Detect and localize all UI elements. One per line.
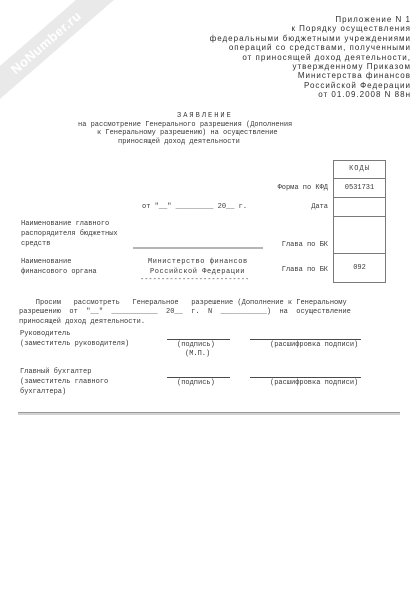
date-label: Дата bbox=[311, 203, 328, 212]
stamp-caption: (М.П.) bbox=[185, 350, 210, 359]
page-title-line: к Генеральному разрешению) на осуществле… bbox=[97, 129, 278, 138]
watermark-text: NoNumber.ru bbox=[8, 8, 84, 77]
document-page: NoNumber.ru Приложение N 1 к Порядку осу… bbox=[0, 0, 420, 600]
finorg-dashed-underline: -------------------------- bbox=[140, 276, 249, 285]
watermark-band: NoNumber.ru bbox=[0, 0, 128, 116]
page-title: ЗАЯВЛЕНИЕ bbox=[177, 112, 233, 121]
accountant-transcript-caption: (расшифровка подписи) bbox=[270, 379, 358, 388]
header-line: операций со средствами, полученными bbox=[210, 43, 411, 52]
header-line: Российской Федерации bbox=[210, 81, 411, 90]
bottom-divider bbox=[18, 412, 400, 415]
accountant-role-line: бухгалтера) bbox=[20, 388, 66, 397]
grbs-label-line: распорядителя бюджетных bbox=[21, 230, 118, 239]
request-paragraph-line: Просим рассмотреть Генеральное разрешени… bbox=[19, 299, 347, 308]
finorg-label-line: Наименование bbox=[21, 258, 71, 267]
request-paragraph-line: разрешению от "__" ___________ 20__ г. N… bbox=[19, 308, 351, 317]
appendix-header: Приложение N 1 к Порядку осуществления ф… bbox=[210, 15, 411, 100]
accountant-role-line: Главный бухгалтер bbox=[20, 368, 91, 377]
codes-header-cell: КОДЫ bbox=[334, 161, 385, 178]
grbs-label-line: средств bbox=[21, 240, 50, 249]
codes-table: КОДЫ 0531731 092 bbox=[333, 160, 386, 283]
head-transcript-caption: (расшифровка подписи) bbox=[270, 341, 358, 350]
head-transcript-line bbox=[250, 339, 361, 340]
chapter-bk-label-1: Глава по БК bbox=[282, 241, 328, 250]
form-code-label: Форма по КФД bbox=[278, 184, 328, 193]
header-line: Министерства финансов bbox=[210, 71, 411, 80]
grbs-name-blank-line bbox=[133, 247, 263, 249]
header-line: федеральными бюджетными учреждениями bbox=[210, 34, 411, 43]
accountant-role-line: (заместитель главного bbox=[20, 378, 108, 387]
request-paragraph-line: приносящей доход деятельности. bbox=[19, 318, 145, 327]
head-signature-line bbox=[167, 339, 230, 340]
head-role-line: (заместитель руководителя) bbox=[20, 340, 129, 349]
chapter-2-cell: 092 bbox=[334, 253, 385, 282]
accountant-signature-line bbox=[167, 377, 230, 378]
grbs-label-line: Наименование главного bbox=[21, 220, 109, 229]
header-line: от 01.09.2008 N 88н bbox=[210, 90, 411, 99]
header-line: от приносящей доход деятельности, bbox=[210, 53, 411, 62]
header-line: Приложение N 1 bbox=[210, 15, 411, 24]
date-blank-line: от "__" _________ 20__ г. bbox=[142, 203, 247, 212]
form-code-cell: 0531731 bbox=[334, 178, 385, 197]
head-sign-caption: (подпись) bbox=[177, 341, 215, 350]
header-line: к Порядку осуществления bbox=[210, 24, 411, 33]
date-value-cell bbox=[334, 197, 385, 216]
head-role-line: Руководитель bbox=[20, 330, 70, 339]
accountant-sign-caption: (подпись) bbox=[177, 379, 215, 388]
finorg-label-line: финансового органа bbox=[21, 268, 97, 277]
header-line: утвержденному Приказом bbox=[210, 62, 411, 71]
accountant-transcript-line bbox=[250, 377, 361, 378]
page-title-line: приносящей доход деятельности bbox=[118, 138, 240, 147]
chapter-1-cell bbox=[334, 216, 385, 253]
finorg-value-line: Министерство финансов bbox=[148, 258, 248, 267]
chapter-bk-label-2: Глава по БК bbox=[282, 266, 328, 275]
